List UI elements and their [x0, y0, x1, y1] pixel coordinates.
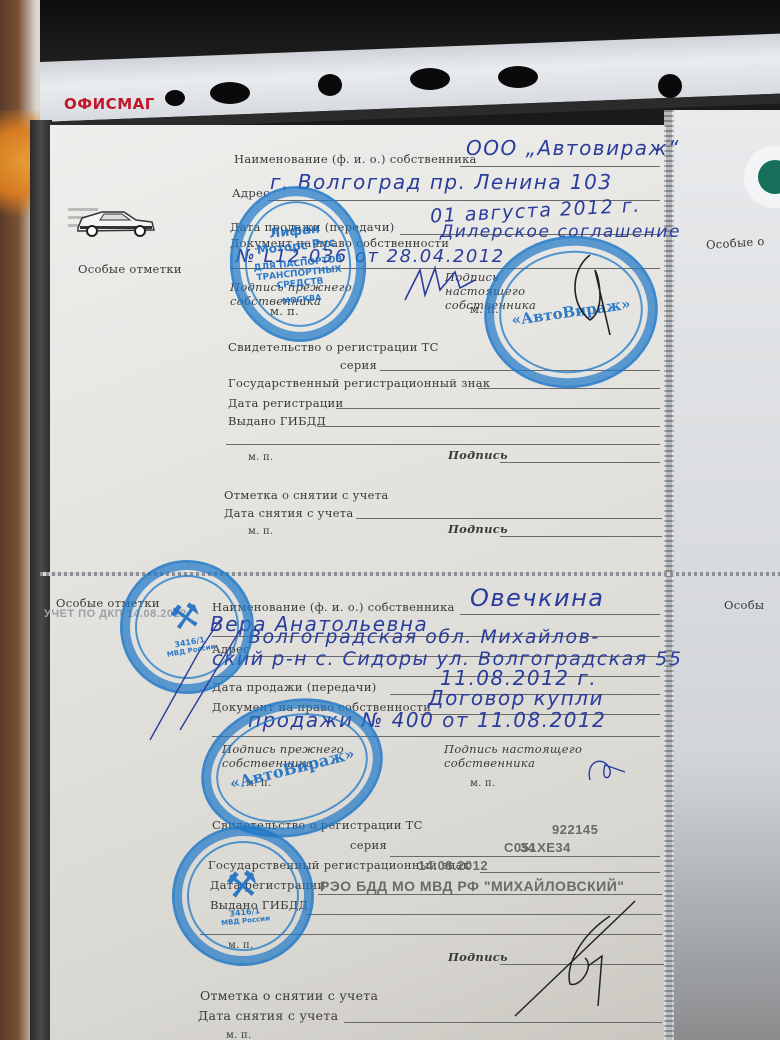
address-value: г. Волгоград пр. Ленина 103 [270, 170, 613, 194]
signature-label: Подпись [448, 448, 508, 462]
signature-scribble [400, 260, 480, 310]
seal-label: м. п. [248, 452, 273, 463]
field-line [500, 536, 662, 537]
field-line [356, 518, 662, 519]
reg-certificate-number: 922145 [552, 822, 598, 837]
deregistration-title: Отметка о снятии с учета [224, 488, 389, 502]
plate-label: Государственный регистрационный знак [228, 376, 490, 390]
field-line [390, 856, 660, 857]
signature-scribble [560, 250, 620, 340]
owner-name-label: Наименование (ф. и. о.) собственника [234, 152, 477, 166]
owner-name-value: ООО „Автовираж“ [466, 136, 680, 160]
seal-label: м. п. [248, 526, 273, 537]
series-label: серия [340, 358, 377, 372]
signature-scribble [140, 610, 260, 750]
signature-scribble [580, 750, 630, 790]
owner-surname-value: Овечкина [470, 584, 604, 612]
address-value-line1: Волгоградская обл. Михайлов- [248, 626, 600, 648]
field-line [226, 444, 660, 445]
punch-hole [210, 82, 250, 104]
reg-date-label: Дата регистрации [228, 396, 343, 410]
field-line [460, 614, 660, 615]
special-marks-label: Особые отметки [78, 262, 182, 276]
deregistration-date-label: Дата снятия с учета [198, 1008, 338, 1023]
crossed-hammers-icon: ⚒ [224, 866, 260, 905]
deregistration-title: Отметка о снятии с учета [200, 988, 378, 1003]
punch-hole [165, 90, 185, 106]
field-line [336, 408, 660, 409]
curr-owner-signature-label: Подпись настоящего собственника [444, 742, 584, 770]
reg-certificate-label: Свидетельство о регистрации ТС [228, 340, 439, 354]
sleeve-seam-left [30, 120, 52, 1040]
signature-label: Подпись [448, 950, 508, 964]
field-line [500, 462, 660, 463]
seal-label: м. п. [226, 1030, 251, 1040]
plate-value: С051ХЕ34 [504, 840, 571, 855]
deregistration-date-label: Дата снятия с учета [224, 506, 354, 520]
sleeve-brand-label: ОФИСМАГ [64, 95, 155, 113]
ownership-doc-value: Договор купли [428, 686, 604, 710]
field-line [318, 426, 660, 427]
field-line [318, 894, 662, 895]
reg-date-value: 14.08.2012 [418, 858, 488, 873]
punch-hole [658, 74, 682, 98]
field-line [480, 872, 660, 873]
series-label: серия [350, 838, 387, 852]
issued-by-value: РЭО БДД МО МВД РФ "МИХАЙЛОВСКИЙ" [320, 878, 624, 894]
signature-scribble [510, 896, 650, 1026]
issued-by-label: Выдано ГИБДД [228, 414, 326, 428]
adjacent-special-marks-label: Особы [724, 598, 764, 612]
punch-hole [498, 66, 538, 88]
seal-label: м. п. [470, 778, 495, 789]
car-icon [68, 200, 158, 240]
punch-hole [318, 74, 342, 96]
punch-hole [410, 68, 450, 90]
signature-label: Подпись [448, 522, 508, 536]
field-line [460, 166, 660, 167]
